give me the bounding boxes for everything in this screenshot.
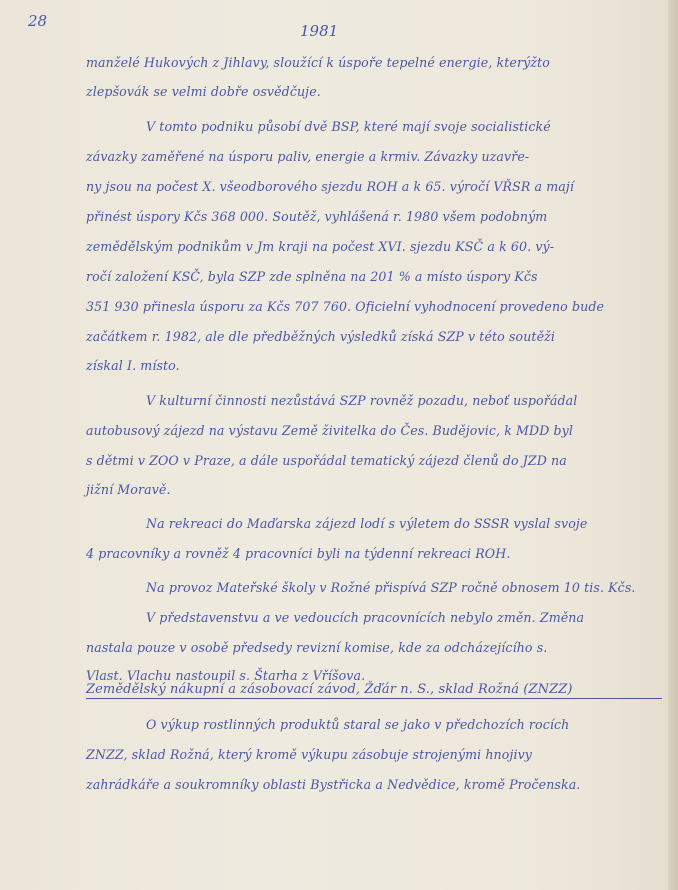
text-line: ročí založení KSČ, byla SZP zde splněna … <box>86 269 538 284</box>
text-line: Na provoz Mateřské školy v Rožné přispív… <box>146 580 636 595</box>
text-line: zahrádkáře a soukromníky oblasti Bystřic… <box>86 777 580 792</box>
text-line: s dětmi v ZOO v Praze, a dále uspořádal … <box>86 453 567 468</box>
text-line: V kulturní činnosti nezůstává SZP rovněž… <box>146 393 577 408</box>
text-line: ny jsou na počest X. všeodborového sjezd… <box>86 179 574 194</box>
text-line: 4 pracovníky a rovněž 4 pracovníci byli … <box>86 546 510 561</box>
page-edge <box>668 0 678 890</box>
text-line: Vlast. Vlachu nastoupil s. Štarha z Vříš… <box>86 668 365 683</box>
text-line: Na rekreaci do Maďarska zájezd lodí s vý… <box>146 516 587 531</box>
year-heading: 1981 <box>300 22 338 40</box>
text-line: získal I. místo. <box>86 358 180 373</box>
text-line: autobusový zájezd na výstavu Země živite… <box>86 423 573 438</box>
text-line: nastala pouze v osobě předsedy revizní k… <box>86 640 547 655</box>
text-line: manželé Hukových z Jihlavy, sloužící k ú… <box>86 55 656 70</box>
text-line: V tomto podniku působí dvě BSP, které ma… <box>146 119 551 134</box>
text-line: závazky zaměřené na úsporu paliv, energi… <box>86 149 529 164</box>
text-line: zemědělským podnikům v Jm kraji na počes… <box>86 239 554 254</box>
page-number: 28 <box>28 12 47 30</box>
text-line: O výkup rostlinných produktů staral se j… <box>146 717 569 732</box>
text-line: V představenstvu a ve vedoucích pracovní… <box>146 610 584 625</box>
text-line: ZNZZ, sklad Rožná, který kromě výkupu zá… <box>86 747 532 762</box>
section-heading: Zemědělský nákupní a zásobovací závod, Ž… <box>86 682 573 697</box>
text-line: začátkem r. 1982, ale dle předběžných vý… <box>86 329 555 344</box>
text-line: jižní Moravě. <box>86 482 171 497</box>
text-line: zlepšovák se velmi dobře osvědčuje. <box>86 84 321 99</box>
text-line: 351 930 přinesla úsporu za Kčs 707 760. … <box>86 299 604 314</box>
chronicle-page: 28 1981 manželé Hukových z Jihlavy, slou… <box>0 0 668 890</box>
heading-underline <box>86 698 662 699</box>
text-line: přinést úspory Kčs 368 000. Soutěž, vyhl… <box>86 209 547 224</box>
